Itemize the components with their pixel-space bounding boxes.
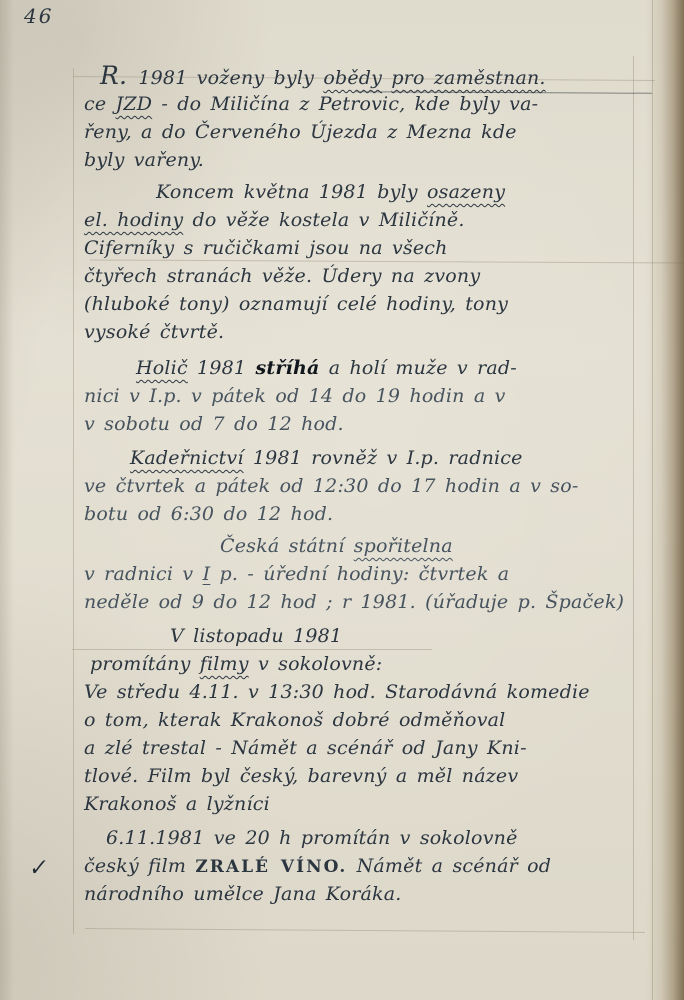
- text-segment: tlové. Film byl český, barevný a měl náz…: [84, 765, 518, 787]
- text-line: národního umělce Jana Koráka.: [84, 880, 650, 908]
- text-line: český film ZRALÉ VÍNO. Námět a scénář od: [84, 852, 650, 880]
- page-number: 46: [24, 4, 53, 28]
- text-segment: p. - úřední hodiny: čtvrtek a: [210, 563, 509, 585]
- text-line: neděle od 9 do 12 hod ; r 1981. (úřaduje…: [84, 588, 650, 616]
- text-line: a zlé trestal - Námět a scénář od Jany K…: [84, 734, 650, 762]
- text-line: byly vařeny.: [84, 146, 650, 174]
- paragraph: Česká státní spořitelnav radnici v I p. …: [84, 532, 650, 616]
- text-segment: botu od 6:30 do 12 hod.: [84, 503, 333, 525]
- paragraph: Koncem května 1981 byly osazenyel. hodin…: [84, 178, 650, 346]
- text-line: botu od 6:30 do 12 hod.: [84, 500, 650, 528]
- text-segment: Koncem května 1981 byly: [156, 181, 427, 203]
- text-segment: 1981: [188, 357, 256, 379]
- text-segment: český film: [84, 855, 195, 877]
- text-segment: - do Miličína z Petrovic, kde byly va-: [152, 93, 538, 115]
- text-segment: 1981 voženy byly: [138, 67, 323, 89]
- page-edge-crease: [652, 0, 653, 1000]
- text-segment: filmy: [200, 653, 249, 675]
- text-segment: vysoké čtvrtě.: [84, 321, 224, 343]
- text-segment: Ciferníky s ručičkami jsou na všech: [84, 237, 448, 259]
- text-segment: národního umělce Jana Koráka.: [84, 883, 402, 905]
- text-line: o tom, kterak Krakonoš dobré odměňoval: [84, 706, 650, 734]
- text-segment: obědy: [323, 67, 382, 89]
- page-edge-shadow-right: [646, 0, 684, 1000]
- text-segment: Námět a scénář od: [347, 855, 551, 877]
- text-line: Česká státní spořitelna: [84, 532, 650, 560]
- margin-checkmark-icon: ✓: [27, 855, 48, 882]
- text-segment: v sokolovně:: [249, 653, 383, 675]
- text-segment: a holí muže v rad-: [319, 357, 516, 379]
- text-line: el. hodiny do věže kostela v Miličíně.: [84, 206, 650, 234]
- text-line: tlové. Film byl český, barevný a měl náz…: [84, 762, 650, 790]
- manuscript: R. 1981 voženy byly obědy pro zaměstnan.…: [84, 62, 650, 908]
- text-line: Ciferníky s ručičkami jsou na všech: [84, 234, 650, 262]
- text-segment: el. hodiny: [84, 209, 183, 231]
- text-segment: ve čtvrtek a pátek od 12:30 do 17 hodin …: [84, 475, 578, 497]
- text-segment: o tom, kterak Krakonoš dobré odměňoval: [84, 709, 505, 731]
- text-segment: ce: [84, 93, 116, 115]
- text-line: čtyřech stranách věže. Údery na zvony: [84, 262, 650, 290]
- text-segment: promítány: [90, 653, 200, 675]
- text-line: R. 1981 voženy byly obědy pro zaměstnan.: [84, 62, 650, 90]
- text-segment: R.: [100, 61, 138, 90]
- text-segment: stříhá: [255, 357, 319, 379]
- text-line: Krakonoš a lyžníci: [84, 790, 650, 818]
- text-segment: osazeny: [427, 181, 505, 203]
- text-segment: [382, 67, 391, 89]
- text-line: Koncem května 1981 byly osazeny: [84, 178, 650, 206]
- text-line: Ve středu 4.11. v 13:30 hod. Starodávná …: [84, 678, 650, 706]
- text-segment: Holič: [136, 357, 188, 379]
- paragraph: V listopadu 1981promítány filmy v sokolo…: [84, 622, 650, 818]
- text-segment: Krakonoš a lyžníci: [84, 793, 270, 815]
- text-segment: Kadeřnictví: [130, 447, 244, 469]
- text-segment: pro zaměstnan.: [391, 67, 545, 89]
- rule-left-vertical: [73, 68, 74, 934]
- text-segment: V listopadu 1981: [170, 625, 342, 647]
- paragraph: R. 1981 voženy byly obědy pro zaměstnan.…: [84, 62, 650, 174]
- text-segment: v radnici v: [84, 563, 203, 585]
- text-segment: neděle od 9 do 12 hod ; r 1981. (úřaduje…: [84, 591, 624, 613]
- text-line: nici v I.p. v pátek od 14 do 19 hodin a …: [84, 382, 650, 410]
- paragraph: Kadeřnictví 1981 rovněž v I.p. radniceve…: [84, 444, 650, 528]
- text-line: ce JZD - do Miličína z Petrovic, kde byl…: [84, 90, 650, 118]
- text-segment: ZRALÉ VÍNO.: [195, 857, 347, 877]
- text-segment: Česká státní: [220, 535, 354, 557]
- text-segment: 1981 rovněž v I.p. radnice: [244, 447, 523, 469]
- text-segment: byly vařeny.: [84, 149, 204, 171]
- text-segment: čtyřech stranách věže. Údery na zvony: [84, 265, 480, 287]
- paragraph: Holič 1981 stříhá a holí muže v rad-nici…: [84, 354, 650, 438]
- text-segment: v sobotu od 7 do 12 hod.: [84, 413, 344, 435]
- page-edge-shadow-left: [0, 0, 14, 1000]
- text-line: Holič 1981 stříhá a holí muže v rad-: [84, 354, 650, 382]
- text-segment: Ve středu 4.11. v 13:30 hod. Starodávná …: [84, 681, 590, 703]
- text-line: v sobotu od 7 do 12 hod.: [84, 410, 650, 438]
- text-line: V listopadu 1981: [84, 622, 650, 650]
- chronicle-page: 46 ✓ R. 1981 voženy byly obědy pro zaměs…: [0, 0, 684, 1000]
- text-segment: do věže kostela v Miličíně.: [183, 209, 464, 231]
- text-segment: spořitelna: [354, 535, 453, 557]
- text-segment: řeny, a do Červeného Újezda z Mezna kde: [84, 121, 517, 143]
- text-segment: JZD: [116, 93, 153, 115]
- text-segment: 6.11.1981 ve 20 h promítán v sokolovně: [106, 827, 518, 849]
- text-line: (hluboké tony) oznamují celé hodiny, ton…: [84, 290, 650, 318]
- text-line: ve čtvrtek a pátek od 12:30 do 17 hodin …: [84, 472, 650, 500]
- text-line: v radnici v I p. - úřední hodiny: čtvrte…: [84, 560, 650, 588]
- text-segment: (hluboké tony) oznamují celé hodiny, ton…: [84, 293, 508, 315]
- rule-bottom-horizontal: [85, 928, 645, 933]
- text-segment: nici v I.p. v pátek od 14 do 19 hodin a …: [84, 385, 506, 407]
- text-line: promítány filmy v sokolovně:: [84, 650, 650, 678]
- text-segment: a zlé trestal - Námět a scénář od Jany K…: [84, 737, 527, 759]
- paragraph: 6.11.1981 ve 20 h promítán v sokolovněče…: [84, 824, 650, 908]
- text-line: řeny, a do Červeného Újezda z Mezna kde: [84, 118, 650, 146]
- text-line: Kadeřnictví 1981 rovněž v I.p. radnice: [84, 444, 650, 472]
- text-line: 6.11.1981 ve 20 h promítán v sokolovně: [84, 824, 650, 852]
- text-line: vysoké čtvrtě.: [84, 318, 650, 346]
